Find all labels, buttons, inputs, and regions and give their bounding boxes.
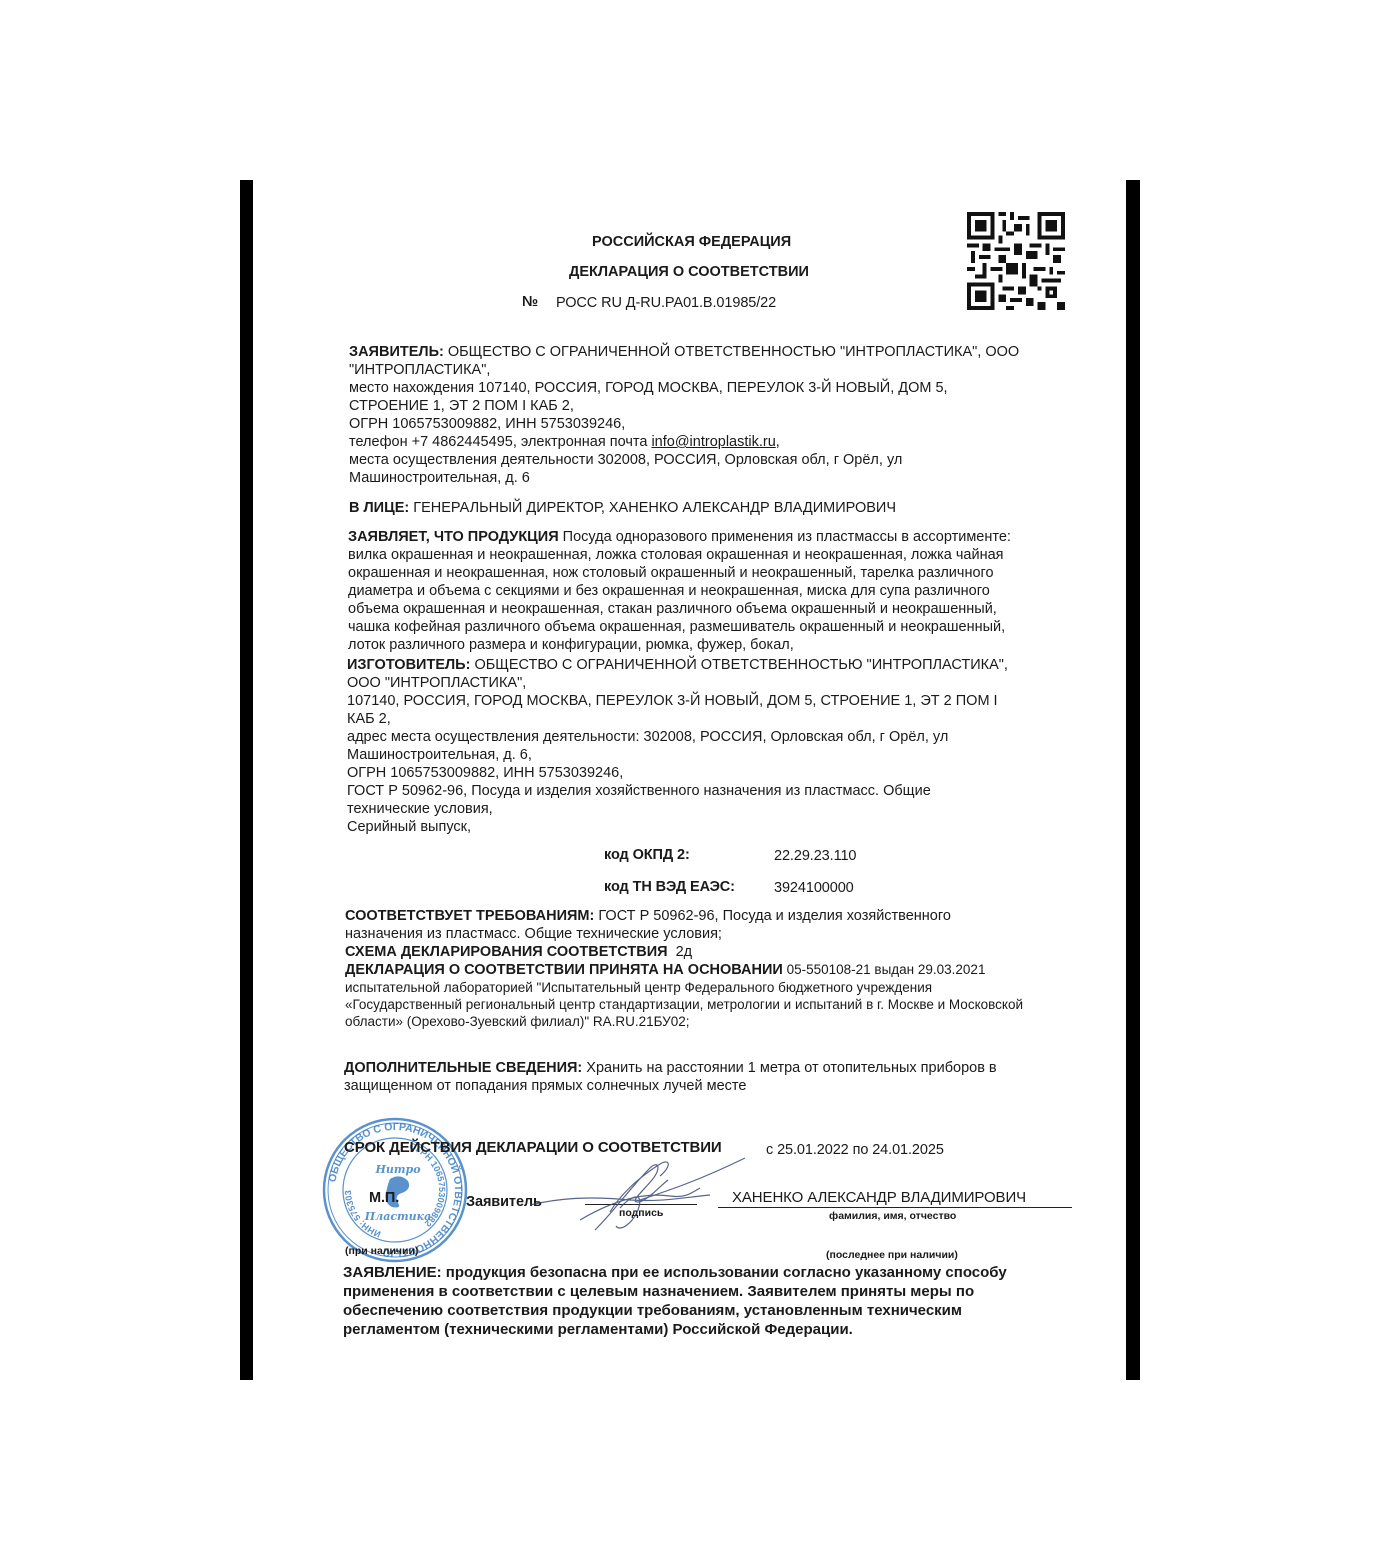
manufacturer-line: ГОСТ Р 50962-96, Посуда и изделия хозяйс…	[347, 782, 1087, 800]
additional-info-label: ДОПОЛНИТЕЛЬНЫЕ СВЕДЕНИЯ:	[344, 1060, 582, 1076]
represented-by-value: ГЕНЕРАЛЬНЫЙ ДИРЕКТОР, ХАНЕНКО АЛЕКСАНДР …	[409, 500, 896, 516]
additional-info-line: Хранить на расстоянии 1 метра от отопите…	[582, 1060, 996, 1076]
product-label: ЗАЯВЛЯЕТ, ЧТО ПРОДУКЦИЯ	[348, 529, 559, 545]
tnved-value: 3924100000	[774, 879, 854, 897]
basis-label: ДЕКЛАРАЦИЯ О СООТВЕТСТВИИ ПРИНЯТА НА ОСН…	[345, 962, 783, 978]
applicant-section: ЗАЯВИТЕЛЬ: ОБЩЕСТВО С ОГРАНИЧЕННОЙ ОТВЕТ…	[349, 343, 1089, 487]
manufacturer-line: ОБЩЕСТВО С ОГРАНИЧЕННОЙ ОТВЕТСТВЕННОСТЬЮ…	[470, 657, 1008, 673]
manufacturer-line: технические условия,	[347, 800, 1087, 818]
applicant-phone: телефон +7 4862445495, электронная почта	[349, 434, 651, 450]
applicant-activity-line: Машиностроительная, д. 6	[349, 469, 1089, 487]
manufacturer-section: ИЗГОТОВИТЕЛЬ: ОБЩЕСТВО С ОГРАНИЧЕННОЙ ОТ…	[347, 656, 1087, 836]
handwritten-signature-icon	[520, 1150, 770, 1240]
manufacturer-line: 107140, РОССИЯ, ГОРОД МОСКВА, ПЕРЕУЛОК 3…	[347, 692, 1087, 710]
manufacturer-line: ООО "ИНТРОПЛАСТИКА",	[347, 674, 1087, 692]
scheme-value: 2д	[668, 944, 693, 960]
product-line: окрашенная и неокрашенная, нож столовый …	[348, 564, 1088, 582]
requirements-line: назначения из пластмасс. Общие техническ…	[345, 925, 1105, 943]
product-line: лоток различного размера и конфигурации,…	[348, 636, 1088, 654]
applicant-line: СТРОЕНИЕ 1, ЭТ 2 ПОМ I КАБ 2,	[349, 397, 1089, 415]
applicant-label: ЗАЯВИТЕЛЬ:	[349, 344, 444, 360]
basis-line: области» (Орехово-Зуевский филиал)" RA.R…	[345, 1013, 1105, 1030]
manufacturer-line: КАБ 2,	[347, 710, 1087, 728]
stamp-logo-bottom: Пластика	[364, 1210, 431, 1223]
number-label: №	[522, 293, 538, 311]
declaration-number: РОСС RU Д-RU.РА01.В.01985/22	[556, 294, 776, 312]
applicant-line: ОГРН 1065753009882, ИНН 5753039246,	[349, 415, 1089, 433]
statement-label: ЗАЯВЛЕНИЕ:	[343, 1264, 442, 1281]
statement-line: продукция безопасна при ее использовании…	[442, 1264, 1007, 1281]
applicant-line: место нахождения 107140, РОССИЯ, ГОРОД М…	[349, 379, 1089, 397]
manufacturer-label: ИЗГОТОВИТЕЛЬ:	[347, 657, 470, 673]
manufacturer-line: ОГРН 1065753009882, ИНН 5753039246,	[347, 764, 1087, 782]
country-heading: РОССИЙСКАЯ ФЕДЕРАЦИЯ	[592, 234, 791, 250]
represented-by-section: В ЛИЦЕ: ГЕНЕРАЛЬНЫЙ ДИРЕКТОР, ХАНЕНКО АЛ…	[349, 499, 1089, 517]
basis-line: «Государственный региональный центр стан…	[345, 996, 1105, 1013]
manufacturer-line: Серийный выпуск,	[347, 818, 1087, 836]
represented-by-label: В ЛИЦЕ:	[349, 500, 409, 516]
manufacturer-line: адрес места осуществления деятельности: …	[347, 728, 1087, 746]
product-line: диаметра и объема с секциями и без окраш…	[348, 582, 1088, 600]
name-caption: фамилия, имя, отчество	[829, 1210, 956, 1222]
email-link[interactable]: info@introplastik.ru	[651, 434, 775, 450]
requirements-label: СООТВЕТСТВУЕТ ТРЕБОВАНИЯМ:	[345, 908, 594, 924]
basis-line: испытательной лабораторией "Испытательны…	[345, 979, 1105, 996]
scan-border-right	[1126, 180, 1140, 1380]
statement-section: ЗАЯВЛЕНИЕ: продукция безопасна при ее ис…	[343, 1263, 1063, 1339]
validity-value: с 25.01.2022 по 24.01.2025	[766, 1141, 944, 1159]
stamp-note: (при наличии)	[345, 1245, 418, 1257]
product-section: ЗАЯВЛЯЕТ, ЧТО ПРОДУКЦИЯ Посуда одноразов…	[348, 528, 1088, 654]
statement-line: обеспечению соответствия продукции требо…	[343, 1301, 1063, 1320]
document-title: ДЕКЛАРАЦИЯ О СООТВЕТСТВИИ	[569, 264, 809, 280]
okpd-value: 22.29.23.110	[774, 847, 856, 865]
product-line: объема окрашенная и неокрашенная, стакан…	[348, 600, 1088, 618]
additional-info-line: защищенном от попадания прямых солнечных…	[344, 1077, 1104, 1095]
scheme-label: СХЕМА ДЕКЛАРИРОВАНИЯ СООТВЕТСТВИЯ	[345, 944, 668, 960]
scan-border-left	[240, 180, 253, 1380]
requirements-line: ГОСТ Р 50962-96, Посуда и изделия хозяйс…	[594, 908, 951, 924]
qr-code-icon	[966, 212, 1066, 310]
applicant-line: "ИНТРОПЛАСТИКА",	[349, 361, 1089, 379]
statement-line: регламентом (техническими регламентами) …	[343, 1320, 1063, 1339]
signatory-name: ХАНЕНКО АЛЕКСАНДР ВЛАДИМИРОВИЧ	[732, 1189, 1026, 1207]
additional-info-section: ДОПОЛНИТЕЛЬНЫЕ СВЕДЕНИЯ: Хранить на расс…	[344, 1059, 1104, 1095]
requirements-section: СООТВЕТСТВУЕТ ТРЕБОВАНИЯМ: ГОСТ Р 50962-…	[345, 907, 1105, 1030]
name-line	[718, 1207, 1072, 1208]
mp-label: М.П.	[369, 1189, 399, 1207]
stamp-logo-top: Нитро	[374, 1163, 420, 1176]
manufacturer-line: Машиностроительная, д. 6,	[347, 746, 1087, 764]
statement-line: применения в соответствии с целевым назн…	[343, 1282, 1063, 1301]
product-line: Посуда одноразового применения из пластм…	[559, 529, 1011, 545]
applicant-activity-line: места осуществления деятельности 302008,…	[349, 451, 1089, 469]
product-line: вилка окрашенная и неокрашенная, ложка с…	[348, 546, 1088, 564]
applicant-line: ОБЩЕСТВО С ОГРАНИЧЕННОЙ ОТВЕТСТВЕННОСТЬЮ…	[444, 344, 1019, 360]
okpd-label: код ОКПД 2:	[604, 846, 690, 864]
punctuation: ,	[776, 434, 780, 450]
product-line: чашка кофейная различного объема окрашен…	[348, 618, 1088, 636]
tnved-label: код ТН ВЭД ЕАЭС:	[604, 878, 735, 896]
basis-value: 05-550108-21 выдан 29.03.2021	[783, 962, 986, 977]
name-note: (последнее при наличии)	[826, 1249, 958, 1261]
